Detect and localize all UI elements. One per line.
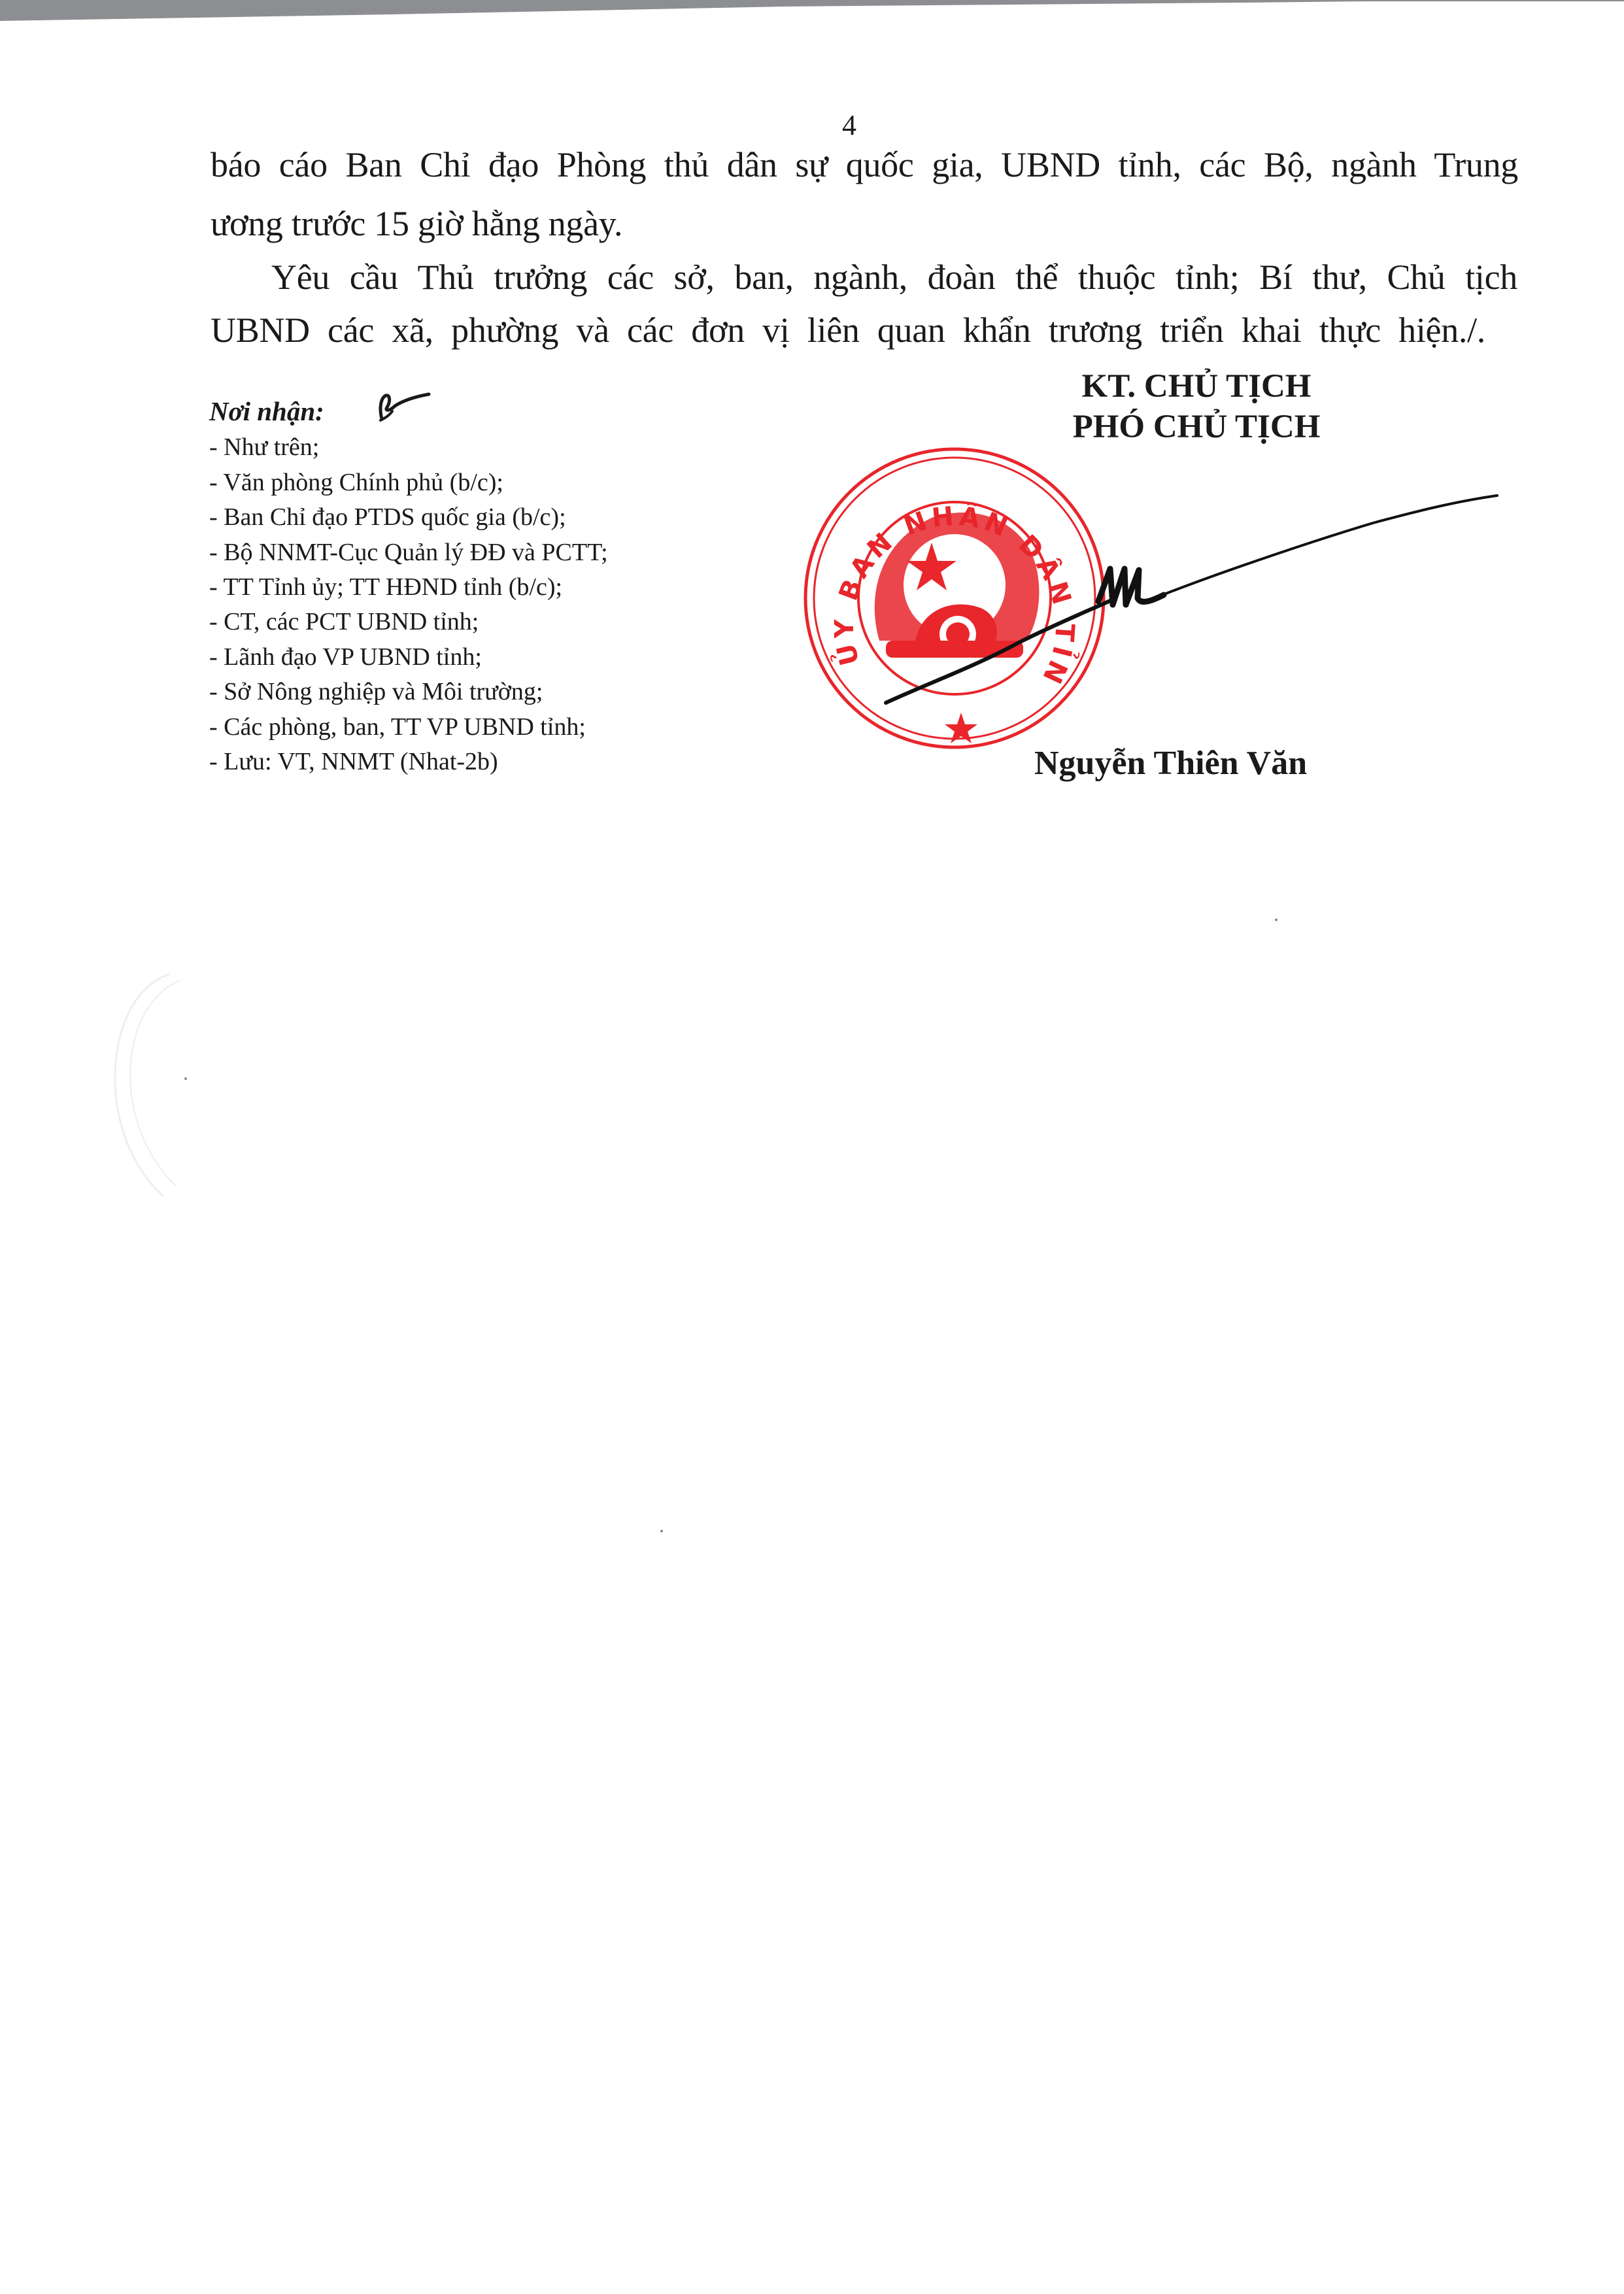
recipient-item: - Ban Chỉ đạo PTDS quốc gia (b/c); [209, 500, 608, 535]
recipient-item: - Sở Nông nghiệp và Môi trường; [209, 675, 608, 709]
recipient-item: - TT Tỉnh ủy; TT HĐND tỉnh (b/c); [209, 570, 608, 605]
recipient-item: - Lãnh đạo VP UBND tỉnh; [209, 640, 608, 675]
signer-name: Nguyễn Thiên Văn [1034, 744, 1307, 783]
recipient-item: - Bộ NNMT-Cục Quản lý ĐĐ và PCTT; [209, 535, 608, 570]
recipient-item: - Văn phòng Chính phủ (b/c); [209, 465, 608, 500]
recipients-title: Nơi nhận: [209, 394, 324, 429]
recipients-list: Nơi nhận: - Như trên;- Văn phòng Chính p… [209, 394, 608, 779]
recipient-item: - CT, các PCT UBND tỉnh; [209, 605, 608, 639]
recipient-item: - Các phòng, ban, TT VP UBND tỉnh; [209, 710, 608, 745]
signature-block: KT. CHỦ TỊCH PHÓ CHỦ TỊCH [915, 366, 1478, 447]
scan-speck [660, 1530, 663, 1532]
signer-title-2: PHÓ CHỦ TỊCH [915, 407, 1478, 447]
initial-mark-icon [373, 389, 431, 423]
handwritten-signature [850, 471, 1504, 732]
page-number: 4 [842, 111, 856, 140]
body-paragraph-line: báo cáo Ban Chỉ đạo Phòng thủ dân sự quố… [211, 147, 1518, 182]
body-paragraph-line: UBND các xã, phường và các đơn vị liên q… [211, 312, 1485, 348]
faint-seal-bleed [65, 968, 235, 1203]
body-paragraph-line: ương trước 15 giờ hằng ngày. [211, 206, 622, 241]
scan-speck [1275, 919, 1277, 921]
scan-speck [184, 1077, 187, 1080]
scan-edge-shadow [0, 0, 1624, 22]
recipient-item: - Như trên; [209, 430, 608, 465]
recipient-items: - Như trên;- Văn phòng Chính phủ (b/c);-… [209, 430, 608, 779]
body-paragraph-line: Yêu cầu Thủ trưởng các sở, ban, ngành, đ… [271, 260, 1517, 295]
recipient-item: - Lưu: VT, NNMT (Nhat-2b) [209, 745, 608, 779]
signer-title-1: KT. CHỦ TỊCH [915, 366, 1478, 407]
